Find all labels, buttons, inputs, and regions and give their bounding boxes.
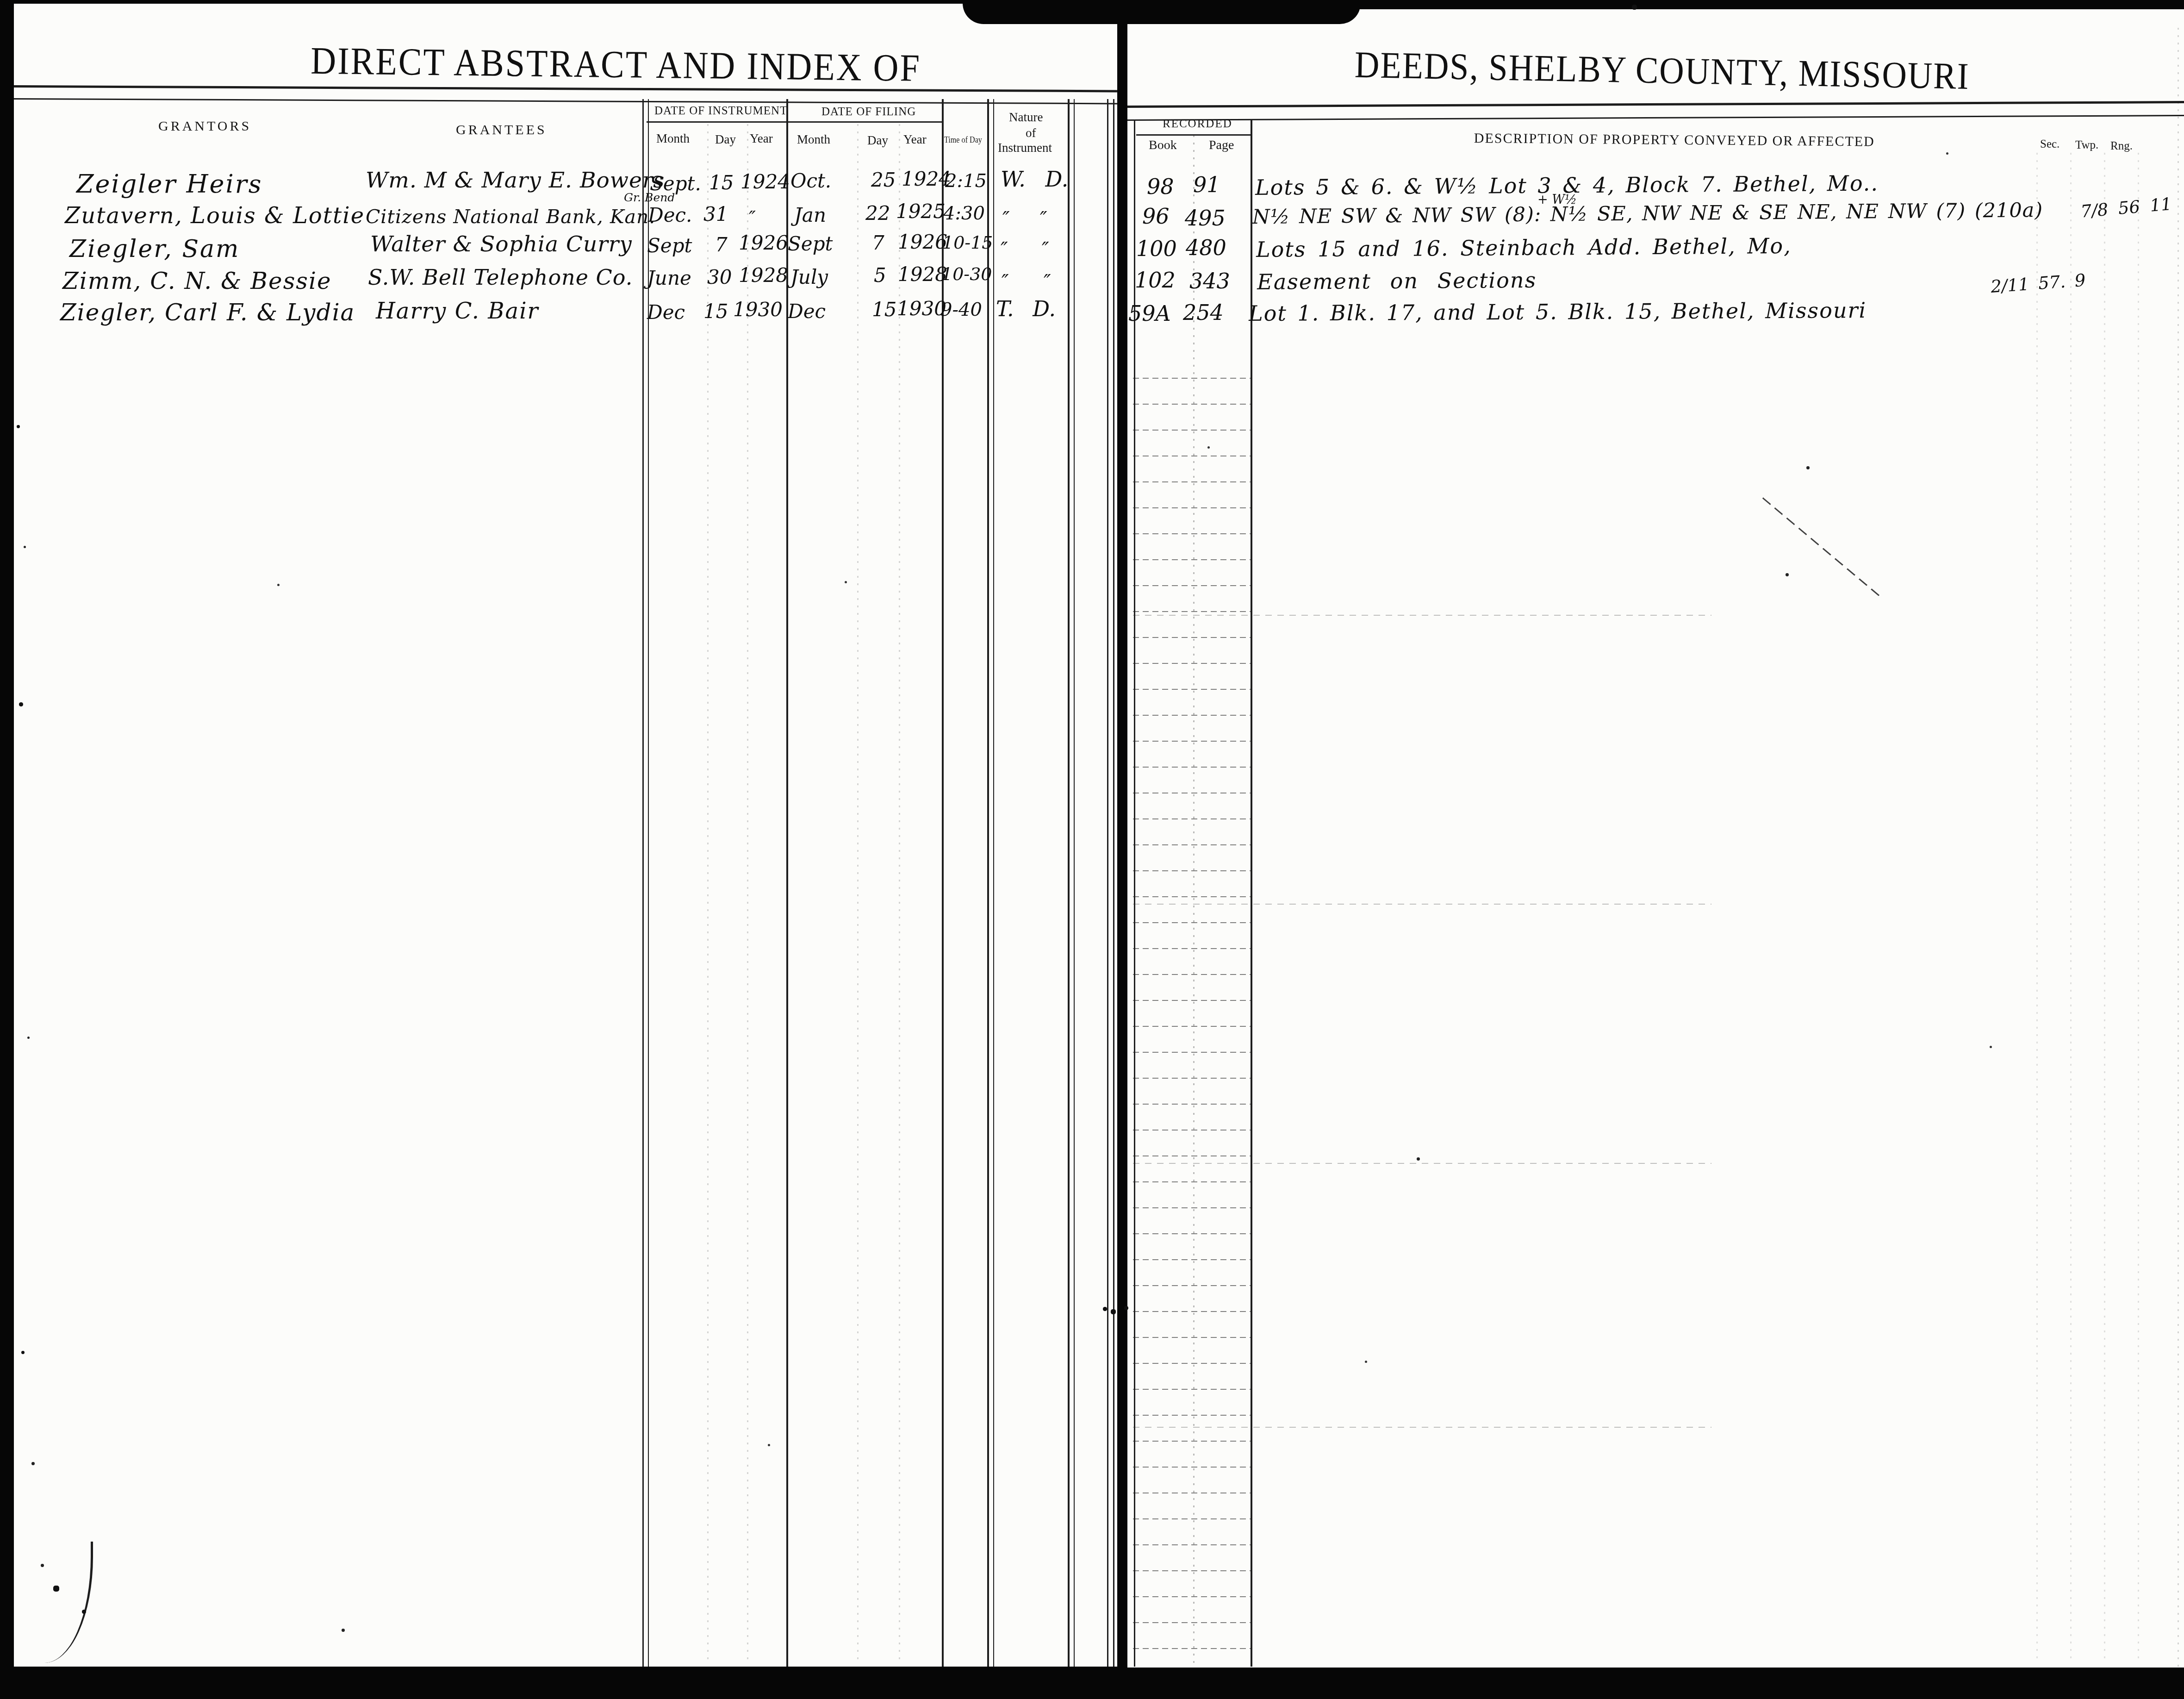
entry-grantors: Ziegler, Carl F. & Lydia — [60, 299, 355, 326]
entry-nature: ″ ″ — [1001, 238, 1049, 261]
book-header: Book — [1149, 138, 1177, 153]
date-of-instrument-header: DATE OF INSTRUMENT — [654, 105, 787, 118]
subcolumn-dots-filing-year — [899, 124, 900, 1664]
rng-header: Rng. — [2110, 140, 2133, 153]
left-page-edge-rule-b — [1113, 99, 1114, 1667]
entry-grantees: Walter & Sophia Curry — [370, 231, 632, 257]
entry-grantees: S.W. Bell Telephone Co. — [368, 265, 633, 290]
entry-time: 2:15 — [945, 170, 987, 192]
entry-inst-day: 7 — [715, 233, 728, 256]
entry-inst-day: 15 — [703, 300, 728, 323]
grantees-header: GRANTEES — [456, 122, 547, 138]
nature-header-line3: Instrument — [998, 141, 1052, 155]
entry-file-day: 5 — [874, 264, 886, 287]
column-rule-instrument-left-a — [642, 99, 644, 1667]
entry-book: 96 — [1142, 204, 1170, 229]
rng-column-dots — [2104, 153, 2105, 1662]
entry-grantees-note: Gr. Bend — [624, 191, 675, 204]
entry-description-note: + W½ — [1537, 193, 1577, 207]
entry-file-day: 7 — [872, 231, 884, 254]
entry-grantors: Ziegler, Sam — [69, 235, 240, 263]
subcolumn-dots-instrument-year — [747, 124, 748, 1664]
entry-book: 100 — [1136, 236, 1177, 261]
entry-inst-day: 15 — [709, 171, 734, 194]
entry-description: Lot 1. Blk. 17, and Lot 5. Blk. 15, Beth… — [1249, 298, 1867, 326]
instrument-year-header: Year — [750, 131, 773, 146]
grantors-header: GRANTORS — [158, 119, 251, 134]
entry-nature: W. D. — [1001, 167, 1068, 192]
left-page-title: DIRECT ABSTRACT AND INDEX OF — [311, 39, 921, 91]
entry-inst-month: June — [647, 267, 691, 289]
entry-file-month: Oct. — [790, 169, 831, 192]
filing-day-header: Day — [867, 133, 888, 148]
entry-file-year: 1926 — [898, 231, 947, 253]
date-of-filing-header: DATE OF FILING — [821, 106, 916, 119]
entry-file-year: 1925 — [896, 200, 946, 223]
entry-description: Lots 15 and 16. Steinbach Add. Bethel, M… — [1256, 233, 1792, 262]
column-rule-instrument-left-b — [648, 99, 649, 1667]
recorded-header-underline — [1136, 134, 1251, 136]
recorded-column-ruling — [1133, 353, 1252, 1662]
entry-inst-month: Sept — [647, 234, 692, 257]
entry-file-month: Dec — [788, 300, 826, 323]
entry-file-month: Sept — [788, 232, 833, 255]
instrument-header-underline — [647, 121, 786, 123]
entry-book: 102 — [1135, 268, 1176, 293]
entry-page: 495 — [1185, 206, 1226, 231]
entry-nature: T. D. — [996, 296, 1056, 321]
rng-column-dots-2 — [2138, 153, 2139, 1662]
entry-grantors: Zutavern, Louis & Lottie — [65, 203, 365, 229]
right-page-edge-dots — [2178, 28, 2179, 1667]
entry-inst-year: 1930 — [733, 298, 783, 321]
nature-header-line2: of — [1026, 126, 1036, 140]
filing-header-underline — [786, 121, 942, 123]
entry-description: Easement on Sections — [1257, 268, 1537, 294]
filing-month-header: Month — [797, 132, 830, 147]
left-page-edge-rule-a — [1107, 99, 1108, 1667]
ledger-ruling-row — [1133, 904, 1711, 905]
entry-file-month: Jan — [794, 204, 826, 226]
entry-page: 254 — [1183, 300, 1224, 325]
entry-inst-year: 1926 — [739, 231, 788, 254]
sec-column-dots — [2036, 153, 2038, 1662]
time-of-day-header: Time of Day — [944, 135, 982, 145]
entry-file-year: 1930 — [897, 297, 946, 320]
column-rule-filing-left — [786, 99, 788, 1667]
page-header: Page — [1209, 138, 1234, 153]
entry-page: 343 — [1189, 269, 1230, 294]
entry-inst-day: 30 — [707, 266, 732, 288]
entry-file-month: July — [790, 266, 828, 288]
entry-grantees: Citizens National Bank, Kan. — [366, 206, 655, 228]
entry-time: 4:30 — [943, 203, 985, 224]
entry-grantors: Zimm, C. N. & Bessie — [62, 268, 332, 294]
entry-file-day: 22 — [865, 202, 890, 225]
entry-inst-month: Dec — [647, 301, 685, 324]
entry-inst-day: 31 — [703, 203, 728, 225]
entry-time: 10-15 — [942, 232, 993, 253]
column-rule-nature-left-b — [993, 99, 994, 1667]
column-rule-time-left — [942, 99, 944, 1667]
entry-nature: ″ ″ — [1002, 270, 1051, 293]
column-rule-nature-right-a — [1068, 99, 1070, 1667]
entry-file-year: 1924 — [902, 168, 951, 190]
scan-speckles — [0, 0, 1, 1]
instrument-day-header: Day — [715, 132, 736, 147]
column-rule-nature-left-a — [987, 99, 989, 1667]
entry-file-day: 15 — [872, 298, 896, 321]
sec-header: Sec. — [2040, 138, 2060, 151]
entry-page: 480 — [1186, 235, 1226, 260]
entry-inst-year: 1924 — [740, 170, 790, 193]
entry-file-day: 25 — [871, 169, 896, 191]
subcolumn-dots-filing-day — [857, 124, 859, 1664]
instrument-month-header: Month — [656, 131, 690, 146]
entry-book: 59A — [1128, 301, 1171, 326]
entry-page: 91 — [1193, 172, 1220, 197]
entry-nature: ″ ″ — [1002, 207, 1047, 230]
ledger-ruling-row — [1133, 615, 1711, 616]
entry-time: 9-40 — [940, 299, 982, 320]
ledger-ruling-row — [1133, 1427, 1711, 1428]
entry-inst-year: ″ — [749, 207, 756, 229]
twp-column-dots — [2070, 153, 2072, 1662]
ledger-ruling-row — [1133, 1163, 1711, 1164]
entry-grantees: Wm. M & Mary E. Bowers — [366, 168, 665, 193]
entry-book: 98 — [1147, 174, 1174, 199]
twp-header: Twp. — [2075, 139, 2098, 152]
recorded-header: RECORDED — [1163, 118, 1232, 131]
deed-index-scan: { "left_page": { "title": "DIRECT ABSTRA… — [0, 0, 2184, 1699]
entry-inst-year: 1928 — [739, 264, 788, 287]
nature-header-line1: Nature — [1009, 110, 1043, 125]
subcolumn-dots-instrument-day — [707, 124, 709, 1664]
entry-grantees: Harry C. Bair — [376, 298, 539, 324]
gutter-shadow-top — [963, 0, 1361, 24]
entry-time: 10-30 — [941, 264, 992, 284]
entry-file-year: 1928 — [898, 263, 947, 286]
entry-inst-month: Dec. — [648, 204, 692, 226]
entry-grantors: Zeigler Heirs — [76, 169, 262, 199]
column-rule-nature-right-b — [1074, 99, 1075, 1667]
filing-year-header: Year — [903, 132, 927, 147]
